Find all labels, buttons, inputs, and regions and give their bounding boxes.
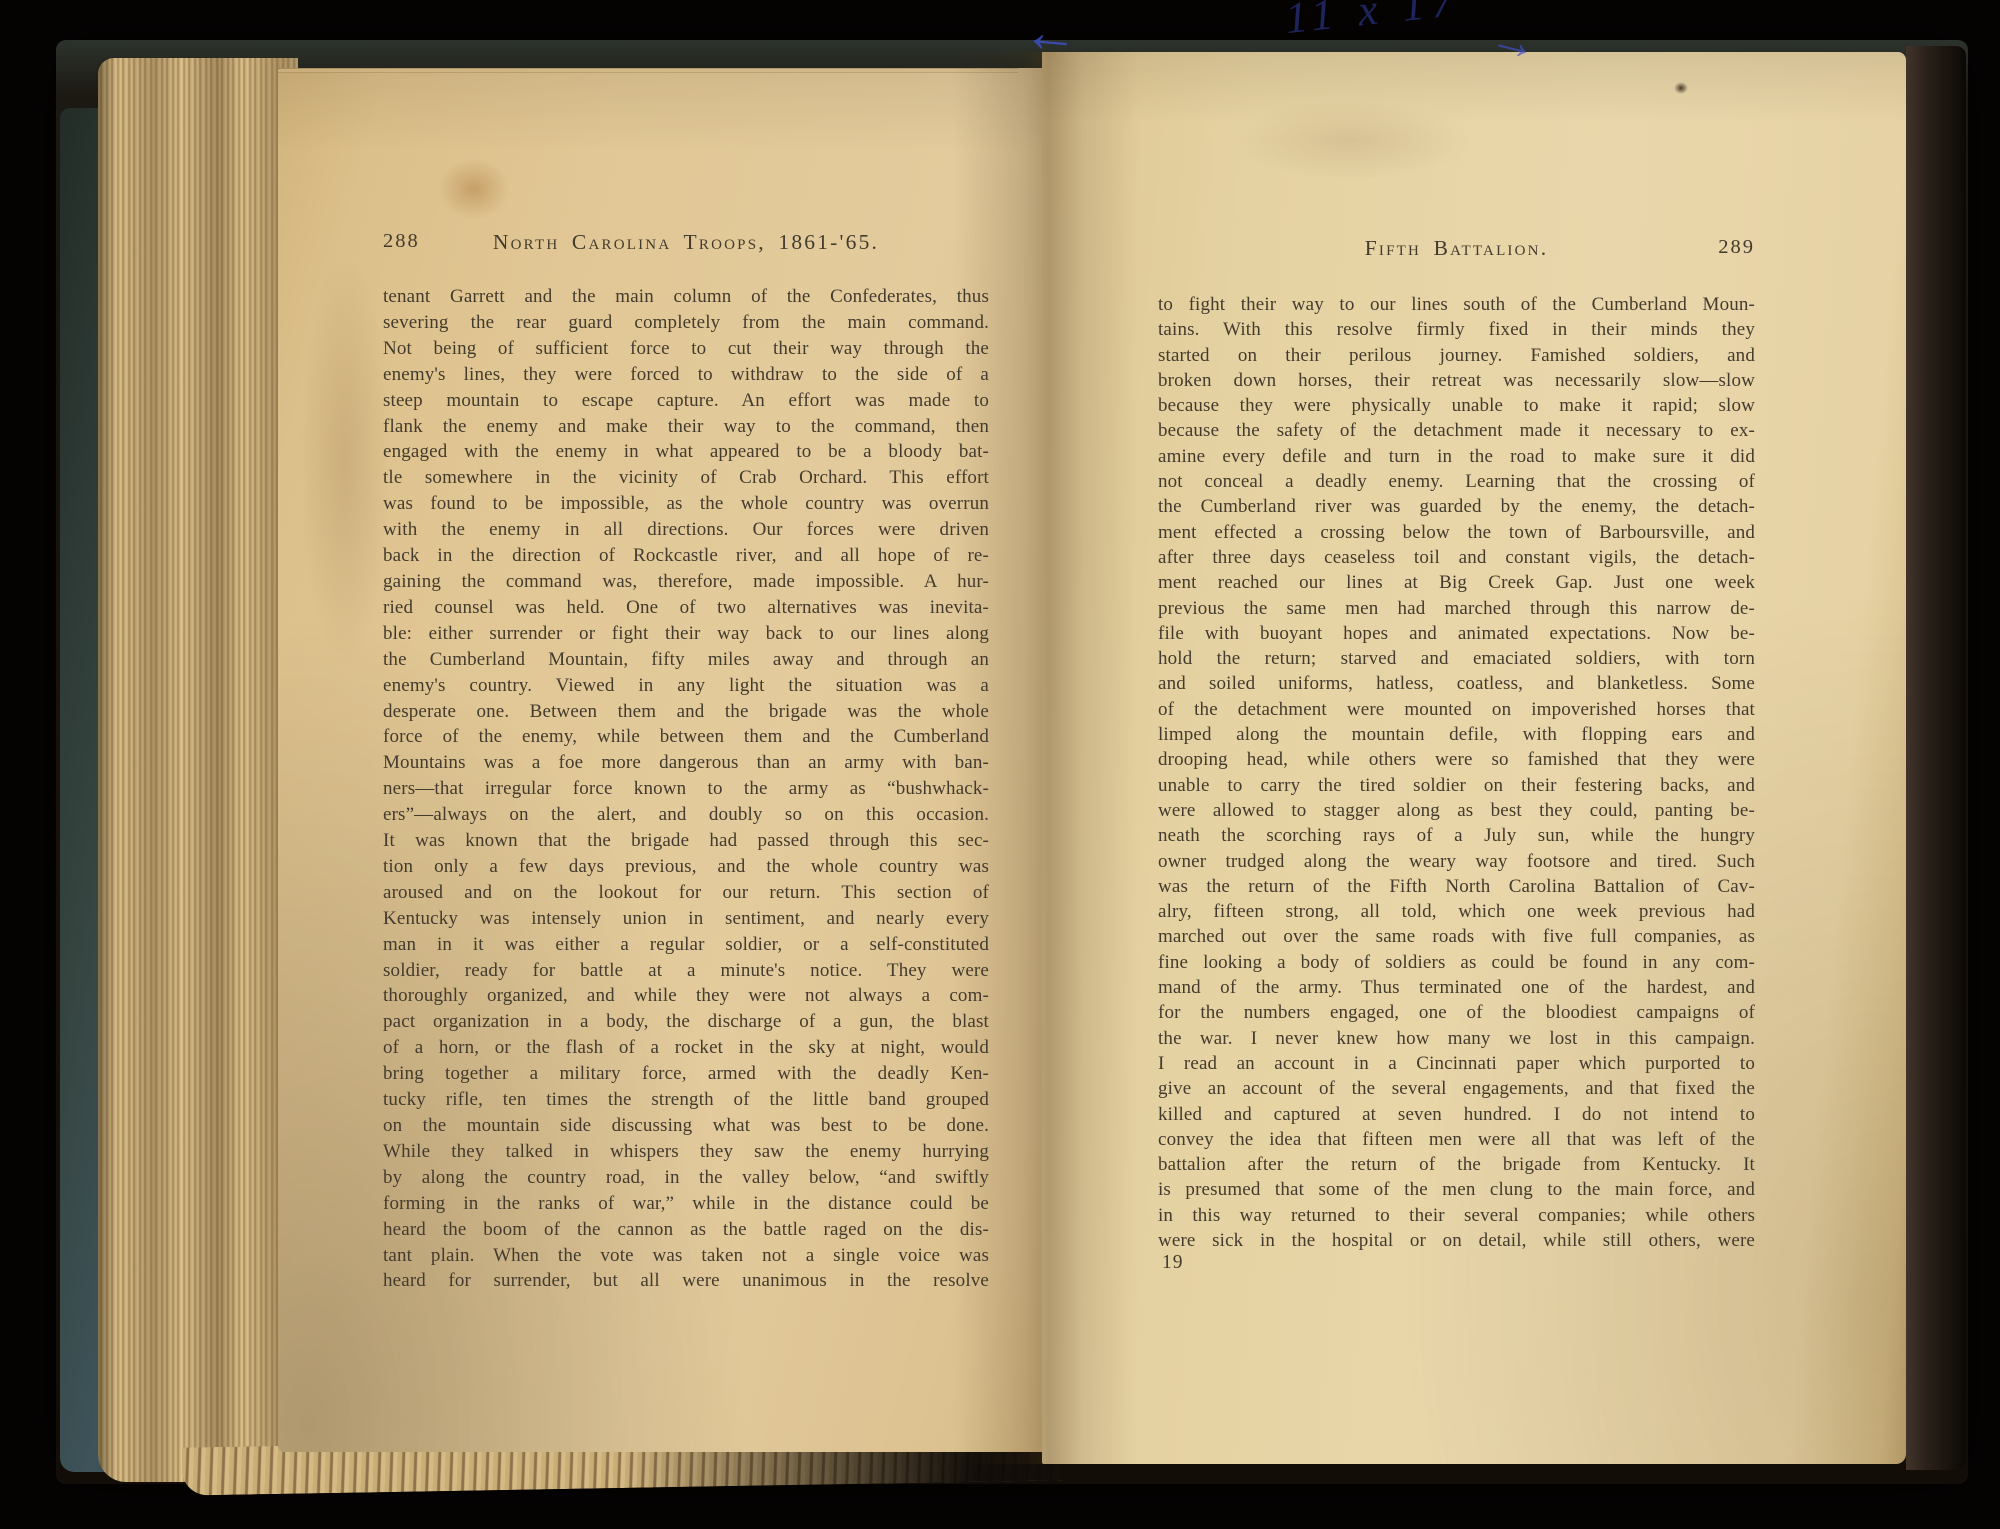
right-arrow-icon: →	[1484, 9, 1544, 74]
text-line: in this way returned to their several co…	[1158, 1203, 1755, 1228]
text-line: with the enemy in all directions. Our fo…	[383, 517, 989, 543]
text-line: I read an account in a Cincinnati paper …	[1158, 1051, 1755, 1076]
text-line: file with buoyant hopes and animated exp…	[1158, 621, 1755, 646]
text-line: was the return of the Fifth North Caroli…	[1158, 874, 1755, 899]
text-line: on the mountain side discussing what was…	[383, 1113, 989, 1139]
paper-stain	[300, 250, 390, 670]
text-line: previous the same men had marched throug…	[1158, 596, 1755, 621]
text-line: tenant Garrett and the main column of th…	[383, 284, 989, 310]
left-running-header: 288 North Carolina Troops, 1861-'65.	[383, 230, 989, 262]
text-line: and soiled uniforms, hatless, coatless, …	[1158, 671, 1755, 696]
right-page-number: 289	[1718, 236, 1755, 259]
text-line: ners—that irregular force known to the a…	[383, 776, 989, 802]
text-line: the Cumberland Mountain, fifty miles awa…	[383, 647, 989, 673]
text-line: soldier, ready for battle at a minute's …	[383, 958, 989, 984]
text-line: It was known that the brigade had passed…	[383, 828, 989, 854]
text-line: give an account of the several engagemen…	[1158, 1076, 1755, 1101]
text-line: tains. With this resolve firmly fixed in…	[1158, 317, 1755, 342]
paper-smudge	[1230, 100, 1470, 180]
text-line: alry, fifteen strong, all told, which on…	[1158, 899, 1755, 924]
text-line: tle somewhere in the vicinity of Crab Or…	[383, 465, 989, 491]
text-line: tant plain. When the vote was taken not …	[383, 1243, 989, 1269]
left-arrow-icon: ←	[1020, 0, 1081, 68]
text-line: killed and captured at seven hundred. I …	[1158, 1102, 1755, 1127]
text-line: forming in the ranks of war,” while in t…	[383, 1191, 989, 1217]
text-line: heard the boom of the cannon as the batt…	[383, 1217, 989, 1243]
text-line: were sick in the hospital or on detail, …	[1158, 1228, 1755, 1253]
text-line: Mountains was a foe more dangerous than …	[383, 750, 989, 776]
text-line: drooping head, while others were so fami…	[1158, 747, 1755, 772]
right-running-title: Fifth Battalion.	[1158, 236, 1755, 261]
text-line: of the detachment were mounted on impove…	[1158, 697, 1755, 722]
text-line: after three days ceaseless toil and cons…	[1158, 545, 1755, 570]
paper-speck	[1674, 82, 1688, 94]
text-line: started on their perilous journey. Famis…	[1158, 343, 1755, 368]
left-running-title: North Carolina Troops, 1861-'65.	[383, 230, 989, 255]
text-line: Not being of sufficient force to cut the…	[383, 336, 989, 362]
book-cover-right-edge	[1906, 46, 1966, 1470]
text-line: force of the enemy, while between them a…	[383, 724, 989, 750]
text-line: tucky rifle, ten times the strength of t…	[383, 1087, 989, 1113]
text-line: ment effected a crossing below the town …	[1158, 520, 1755, 545]
text-line: ble: either surrender or fight their way…	[383, 621, 989, 647]
text-line: mand of the army. Thus terminated one of…	[1158, 975, 1755, 1000]
text-line: ment reached our lines at Big Creek Gap.…	[1158, 570, 1755, 595]
text-line: because the safety of the detachment mad…	[1158, 418, 1755, 443]
text-line: steep mountain to escape capture. An eff…	[383, 388, 989, 414]
text-line: back in the direction of Rockcastle rive…	[383, 543, 989, 569]
text-line: bring together a military force, armed w…	[383, 1061, 989, 1087]
text-line: because they were physically unable to m…	[1158, 393, 1755, 418]
text-line: ried counsel was held. One of two altern…	[383, 595, 989, 621]
paper-stain	[438, 158, 510, 220]
text-line: for the numbers engaged, one of the bloo…	[1158, 1000, 1755, 1025]
text-line: engaged with the enemy in what appeared …	[383, 439, 989, 465]
text-line: were allowed to stagger along as best th…	[1158, 798, 1755, 823]
text-line: aroused and on the lookout for our retur…	[383, 880, 989, 906]
text-line: was found to be impossible, as the whole…	[383, 491, 989, 517]
text-line: not conceal a deadly enemy. Learning tha…	[1158, 469, 1755, 494]
text-line: ers”—always on the alert, and doubly so …	[383, 802, 989, 828]
text-line: enemy's lines, they were forced to withd…	[383, 362, 989, 388]
text-line: of a horn, or the flash of a rocket in t…	[383, 1035, 989, 1061]
text-line: convey the idea that fifteen men were al…	[1158, 1127, 1755, 1152]
text-line: thoroughly organized, and while they wer…	[383, 983, 989, 1009]
text-line: Kentucky was intensely union in sentimen…	[383, 906, 989, 932]
text-line: gaining the command was, therefore, made…	[383, 569, 989, 595]
left-page-text-block: 288 North Carolina Troops, 1861-'65. ten…	[383, 230, 989, 262]
text-line: broken down horses, their retreat was ne…	[1158, 368, 1755, 393]
text-line: by along the country road, in the valley…	[383, 1165, 989, 1191]
text-line: enemy's country. Viewed in any light the…	[383, 673, 989, 699]
page-stack-fore-edge	[98, 58, 298, 1482]
text-line: battalion after the return of the brigad…	[1158, 1152, 1755, 1177]
text-line: to fight their way to our lines south of…	[1158, 292, 1755, 317]
text-line: flank the enemy and make their way to th…	[383, 414, 989, 440]
text-line: heard for surrender, but all were unanim…	[383, 1268, 989, 1294]
right-running-header: Fifth Battalion. 289	[1158, 236, 1755, 268]
printers-signature-mark: 19	[1162, 1252, 1184, 1274]
left-page-body: tenant Garrett and the main column of th…	[383, 284, 989, 1294]
left-page-number: 288	[383, 230, 420, 253]
text-line: unable to carry the tired soldier on the…	[1158, 773, 1755, 798]
scanned-book-photo: 288 North Carolina Troops, 1861-'65. ten…	[0, 0, 2000, 1529]
paper-size-annotation: ← 11 x 17 →	[985, 0, 1585, 78]
text-line: severing the rear guard completely from …	[383, 310, 989, 336]
annotation-text: 11 x 17	[1283, 0, 1463, 44]
text-line: the war. I never knew how many we lost i…	[1158, 1026, 1755, 1051]
right-page-text-block: Fifth Battalion. 289 to fight their way …	[1158, 236, 1755, 268]
text-line: is presumed that some of the men clung t…	[1158, 1177, 1755, 1202]
text-line: While they talked in whispers they saw t…	[383, 1139, 989, 1165]
text-line: marched out over the same roads with fiv…	[1158, 924, 1755, 949]
right-page-body: to fight their way to our lines south of…	[1158, 292, 1755, 1253]
text-line: desperate one. Between them and the brig…	[383, 699, 989, 725]
text-line: tion only a few days previous, and the w…	[383, 854, 989, 880]
text-line: hold the return; starved and emaciated s…	[1158, 646, 1755, 671]
text-line: fine looking a body of soldiers as could…	[1158, 950, 1755, 975]
text-line: neath the scorching rays of a July sun, …	[1158, 823, 1755, 848]
text-line: owner trudged along the weary way footso…	[1158, 849, 1755, 874]
text-line: pact organization in a body, the dischar…	[383, 1009, 989, 1035]
text-line: limped along the mountain defile, with f…	[1158, 722, 1755, 747]
text-line: amine every defile and turn in the road …	[1158, 444, 1755, 469]
text-line: the Cumberland river was guarded by the …	[1158, 494, 1755, 519]
text-line: man in it was either a regular soldier, …	[383, 932, 989, 958]
